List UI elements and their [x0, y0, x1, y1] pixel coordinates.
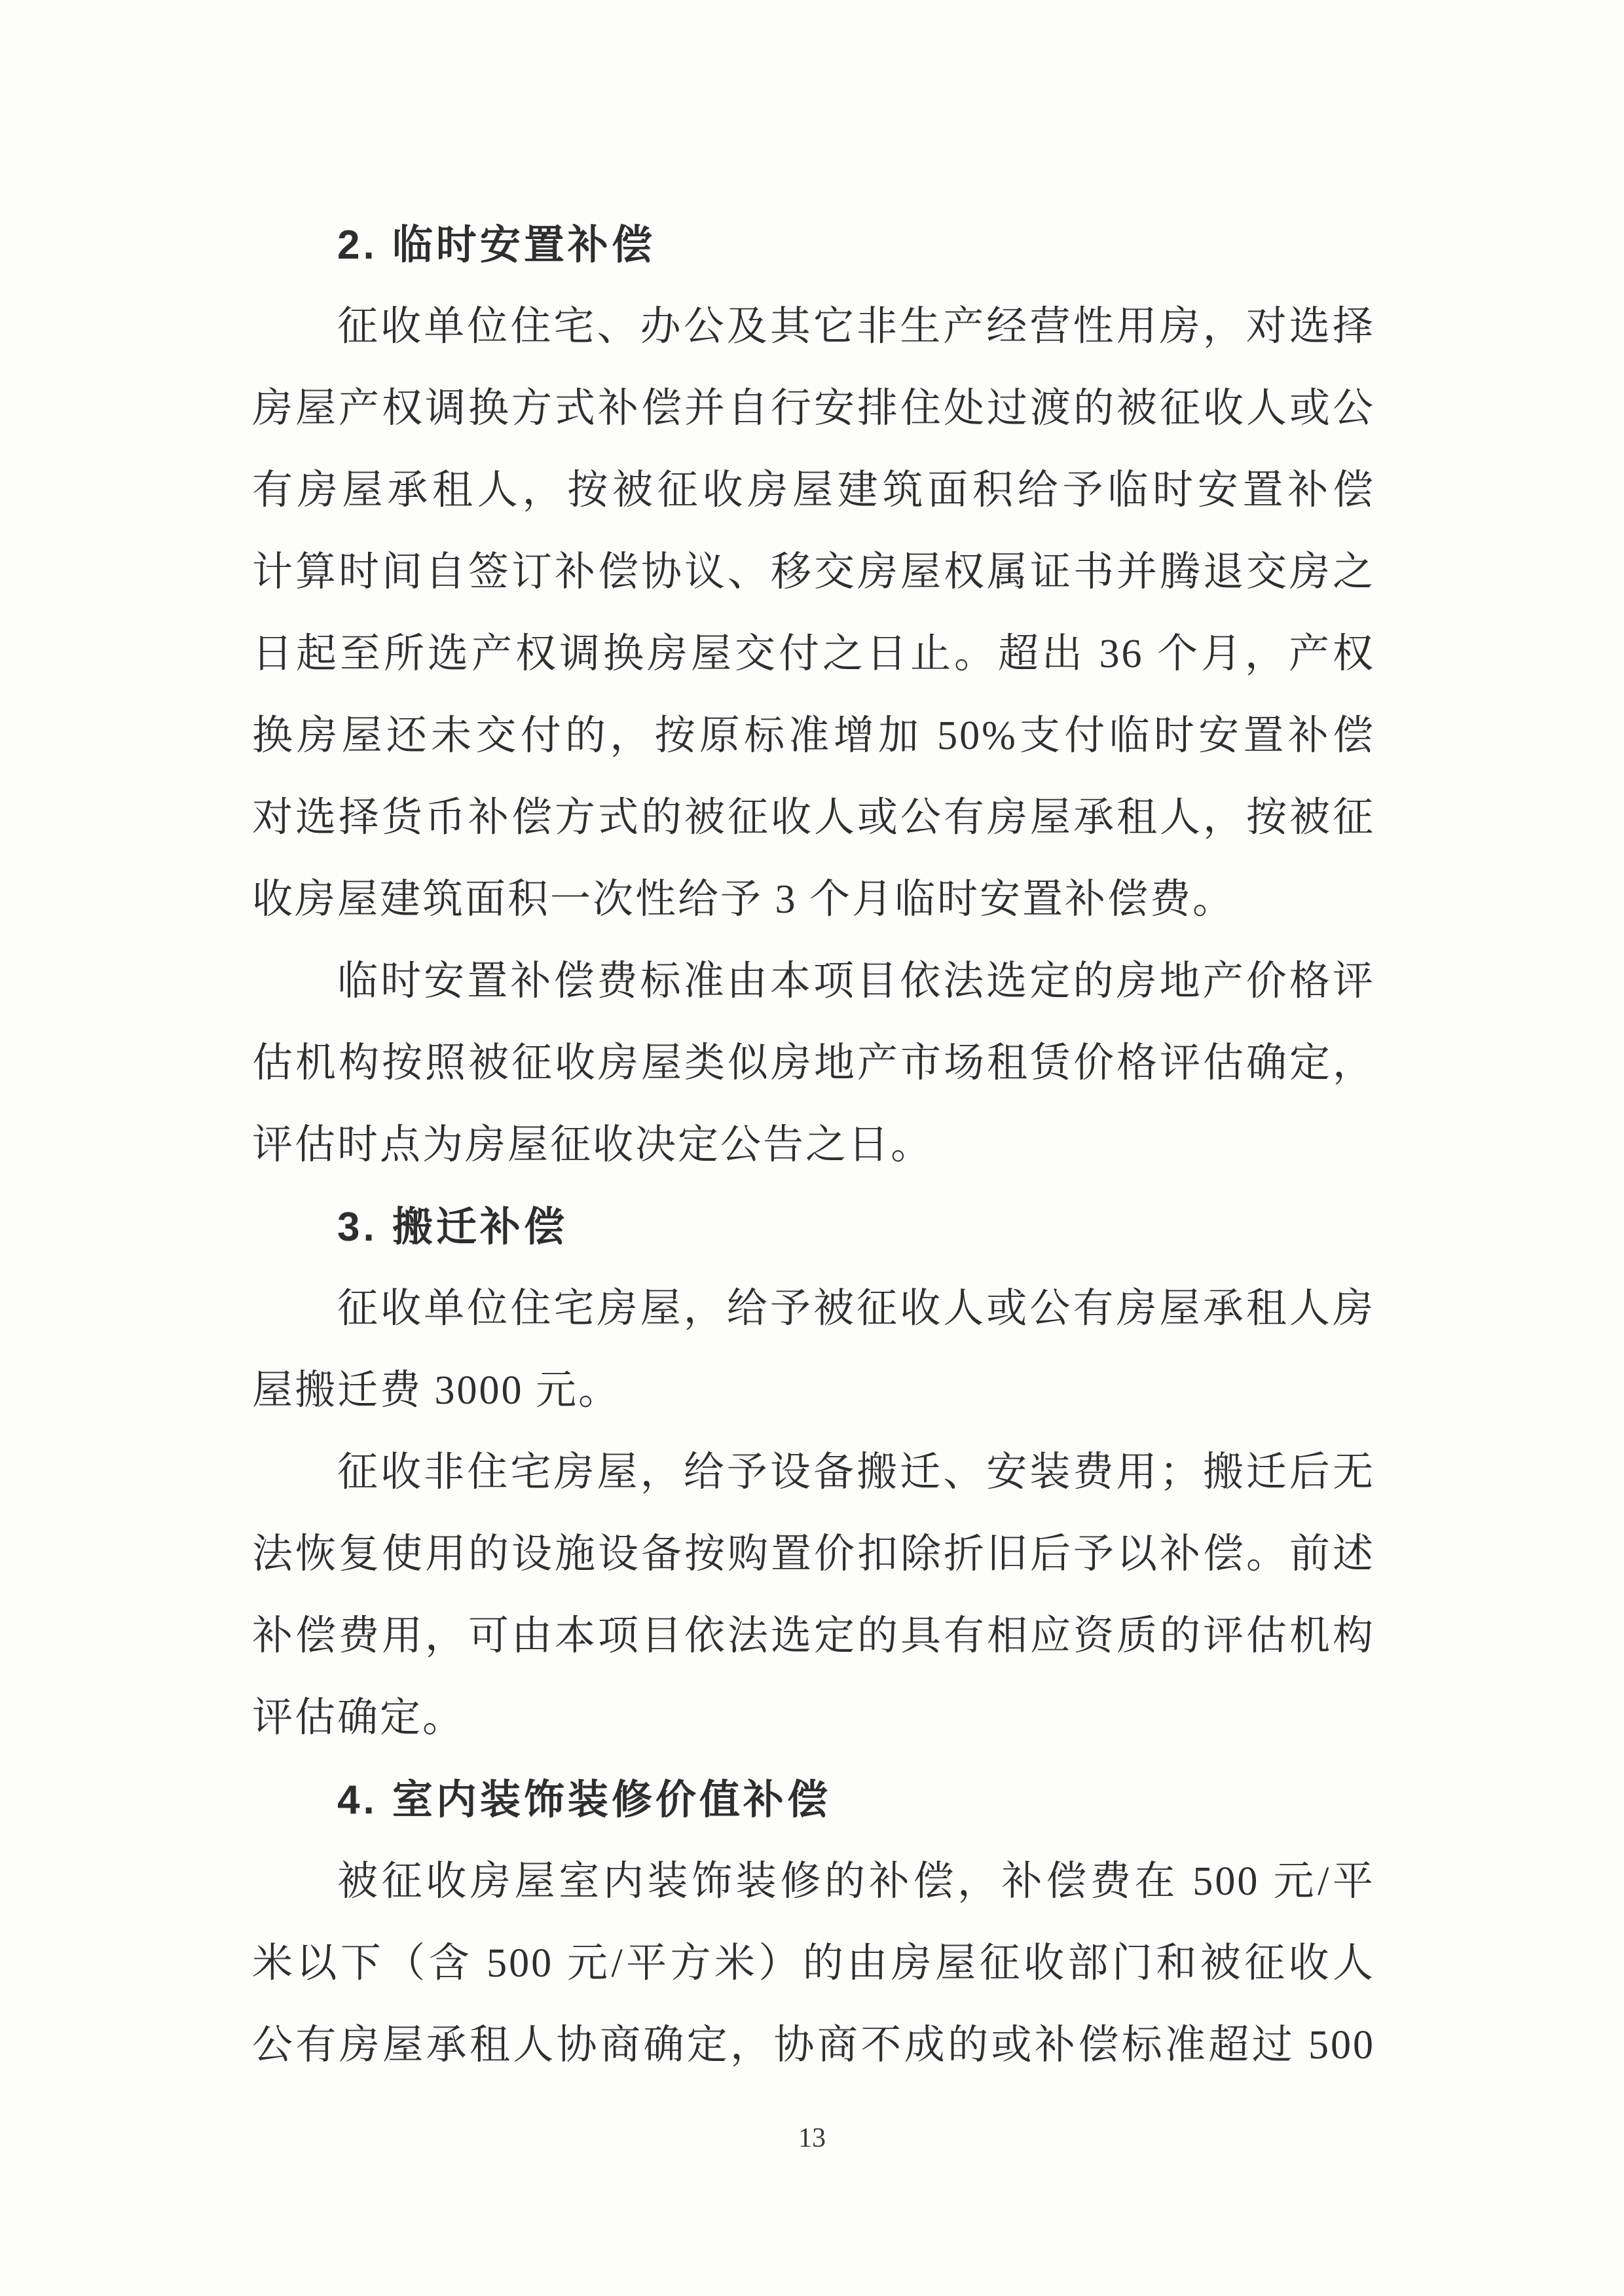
page-number: 13 — [0, 2120, 1624, 2157]
section-heading-relocation: 3. 搬迁补偿 — [252, 1186, 1375, 1268]
text-line: 法恢复使用的设施设备按购置价扣除折旧后予以补偿。前述 — [252, 1514, 1375, 1595]
text-line: 征收单位住宅、办公及其它非生产经营性用房，对选择 — [252, 286, 1375, 368]
text-line: 临时安置补偿费标准由本项目依法选定的房地产价格评 — [252, 941, 1375, 1023]
text-line: 评估确定。 — [252, 1677, 1375, 1759]
text-line: 评估时点为房屋征收决定公告之日。 — [252, 1104, 1375, 1186]
text-line: 计算时间自签订补偿协议、移交房屋权属证书并腾退交房之 — [252, 532, 1375, 613]
text-line: 换房屋还未交付的，按原标准增加 50%支付临时安置补偿费。 — [252, 695, 1375, 777]
text-line: 米以下（含 500 元/平方米）的由房屋征收部门和被征收人或 — [252, 1923, 1375, 2005]
text-line: 日起至所选产权调换房屋交付之日止。超出 36 个月，产权调 — [252, 613, 1375, 695]
text-line: 征收非住宅房屋，给予设备搬迁、安装费用；搬迁后无 — [252, 1432, 1375, 1514]
text-line: 补偿费用，可由本项目依法选定的具有相应资质的评估机构 — [252, 1595, 1375, 1677]
text-line: 被征收房屋室内装饰装修的补偿，补偿费在 500 元/平方 — [252, 1841, 1375, 1923]
text-line: 征收单位住宅房屋，给予被征收人或公有房屋承租人房 — [252, 1268, 1375, 1350]
text-line: 收房屋建筑面积一次性给予 3 个月临时安置补偿费。 — [252, 859, 1375, 941]
document-page: 2. 临时安置补偿 征收单位住宅、办公及其它非生产经营性用房，对选择 房屋产权调… — [0, 0, 1624, 2296]
text-line: 房屋产权调换方式补偿并自行安排住处过渡的被征收人或公 — [252, 368, 1375, 450]
section-heading-temporary-resettlement: 2. 临时安置补偿 — [252, 204, 1375, 286]
section-heading-interior-decoration: 4. 室内装饰装修价值补偿 — [252, 1759, 1375, 1841]
text-line: 屋搬迁费 3000 元。 — [252, 1350, 1375, 1432]
document-body: 2. 临时安置补偿 征收单位住宅、办公及其它非生产经营性用房，对选择 房屋产权调… — [252, 204, 1375, 2086]
text-line: 公有房屋承租人协商确定，协商不成的或补偿标准超过 500 — [252, 2005, 1375, 2086]
text-line: 有房屋承租人，按被征收房屋建筑面积给予临时安置补偿费。 — [252, 450, 1375, 532]
text-line: 估机构按照被征收房屋类似房地产市场租赁价格评估确定， — [252, 1023, 1375, 1104]
text-line: 对选择货币补偿方式的被征收人或公有房屋承租人，按被征 — [252, 777, 1375, 859]
